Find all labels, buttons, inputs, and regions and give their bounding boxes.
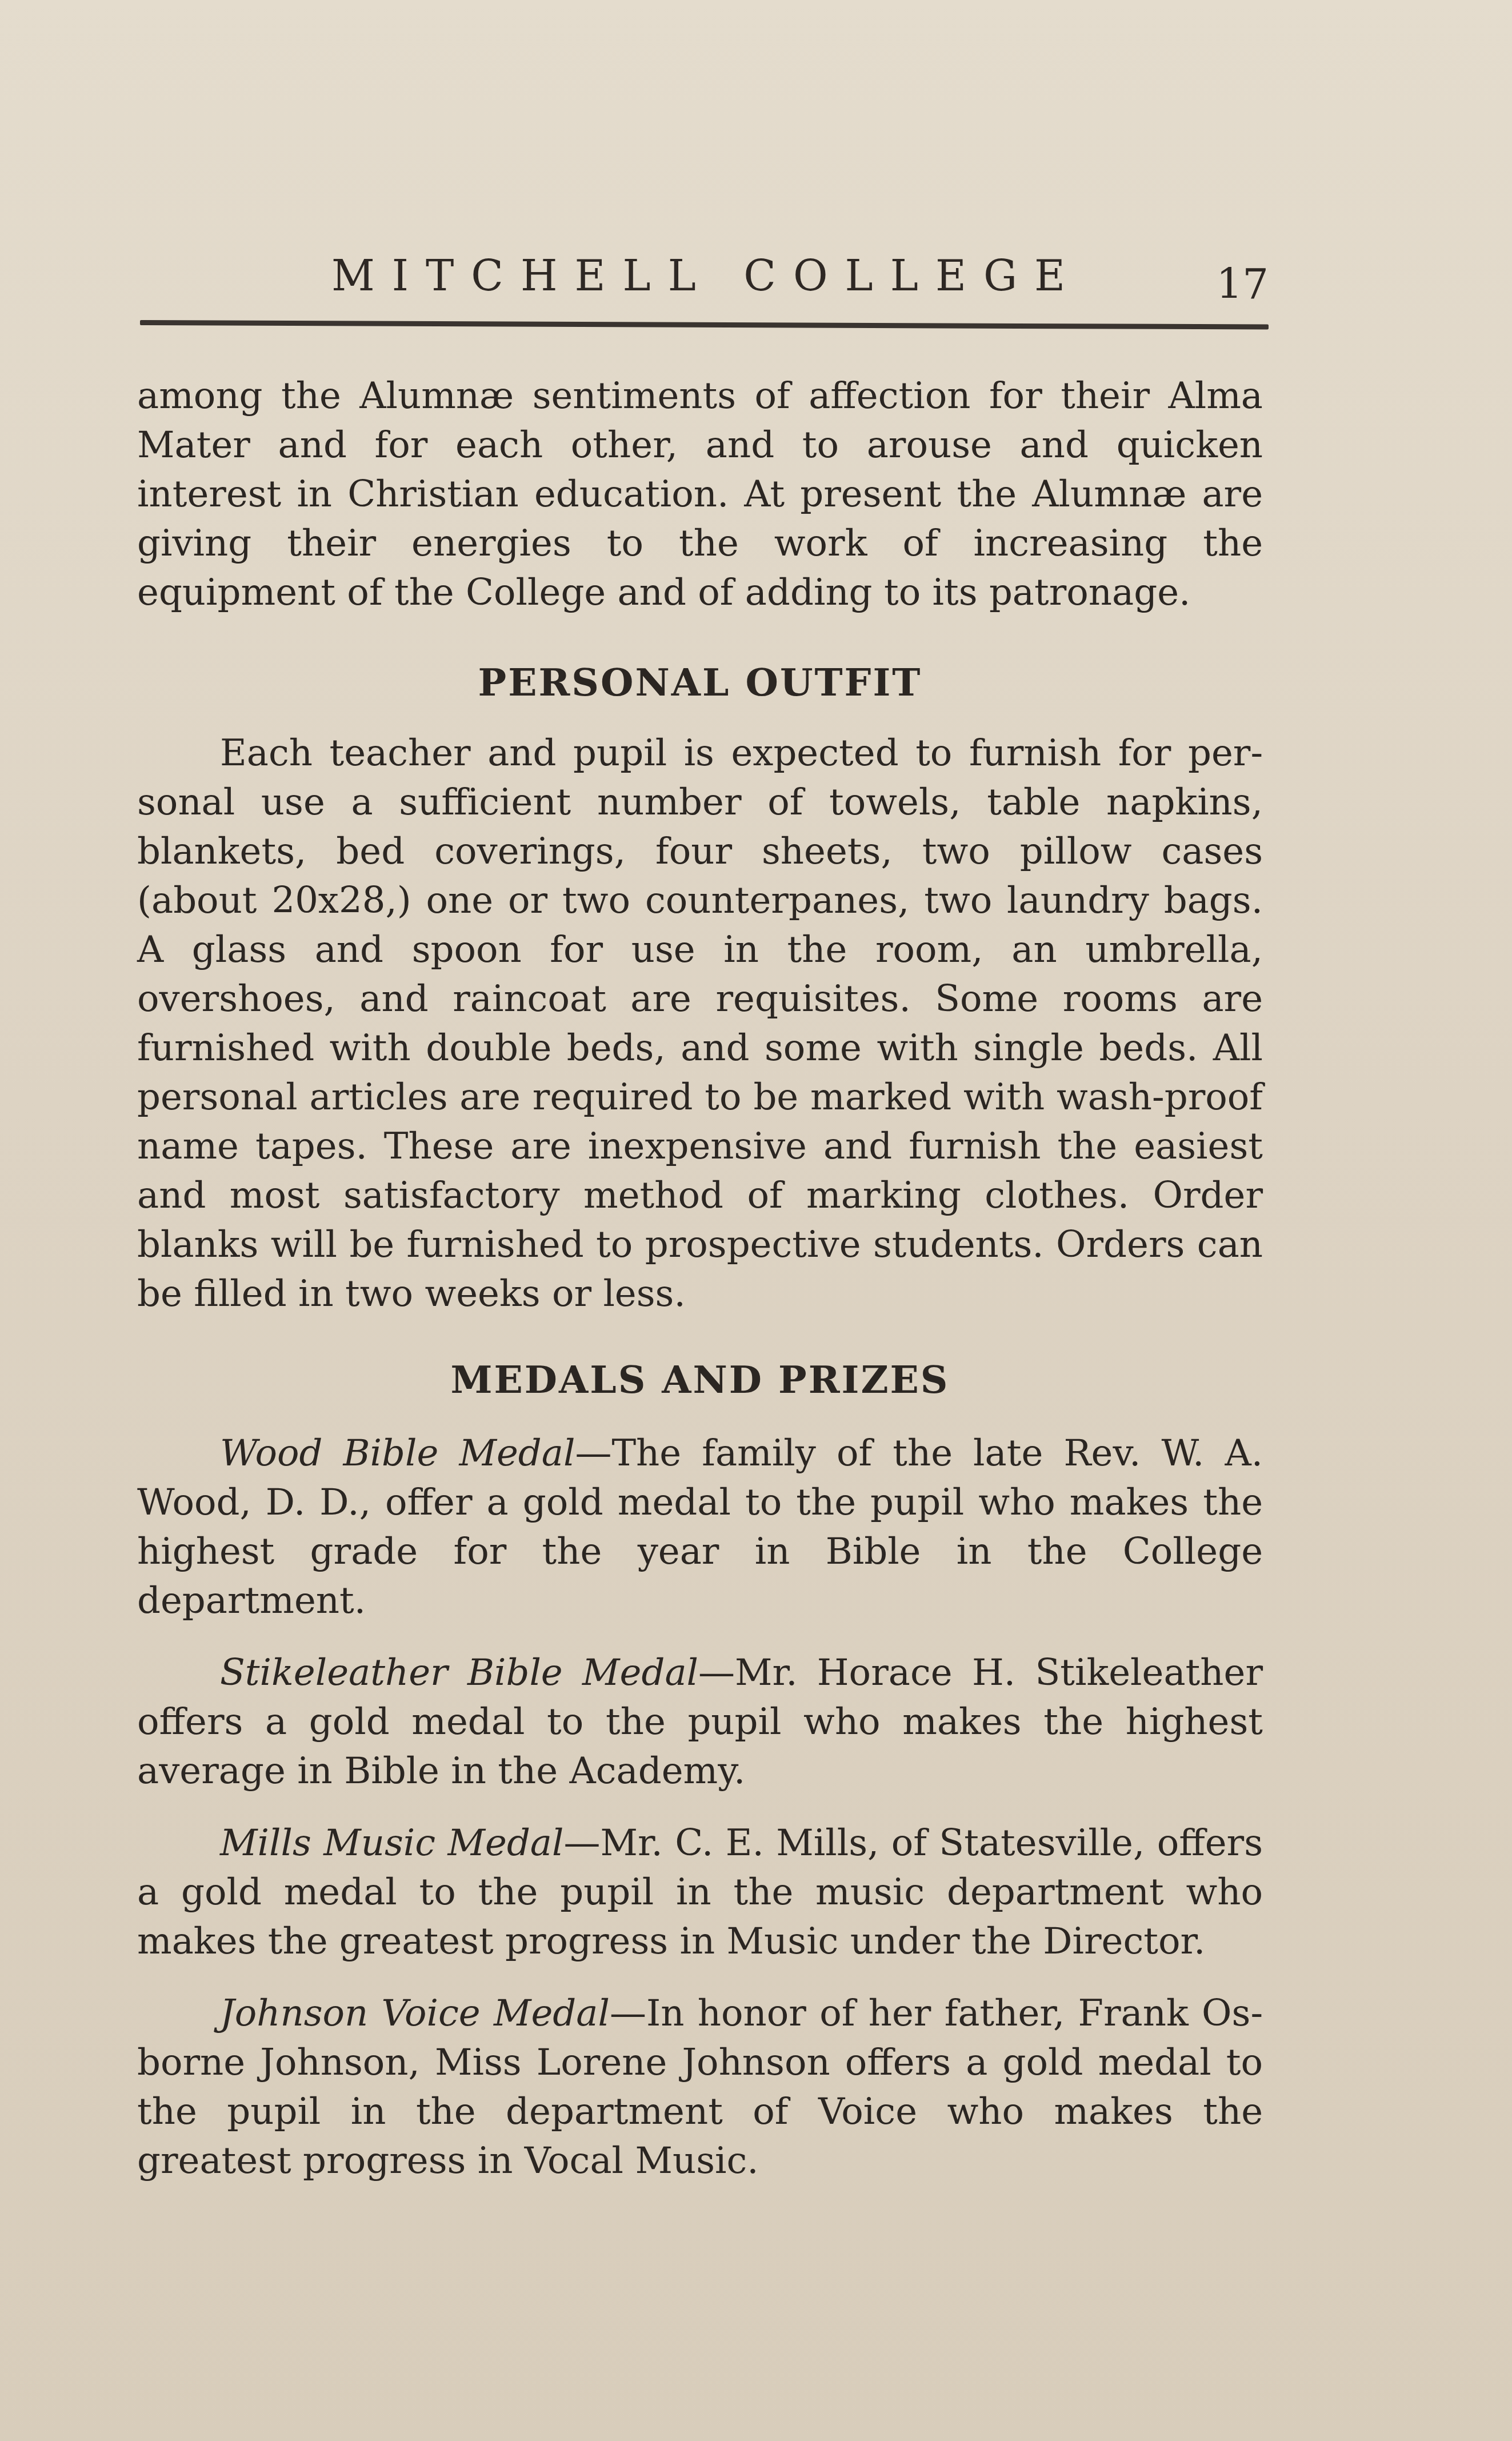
prize-entry-johnson: Johnson Voice Medal—In honor of her fath… <box>137 1989 1263 2186</box>
header-rule <box>140 320 1269 330</box>
personal-outfit-section: Each teacher and pupil is expected to fu… <box>137 729 1263 1319</box>
medals-list: Wood Bible Medal—The family of the late … <box>137 1429 1263 2208</box>
alumnae-continuation-section: among the Alumnæ sentiments of affection… <box>137 371 1263 617</box>
running-title: MITCHELL COLLEGE <box>331 251 1082 301</box>
prize-entry-mills: Mills Music Medal—Mr. C. E. Mills, of St… <box>137 1819 1263 1966</box>
medal-name: Stikeleather Bible Medal <box>220 1652 698 1694</box>
medal-name: Johnson Voice Medal <box>220 1992 610 2035</box>
medal-name: Mills Music Medal <box>220 1822 563 1864</box>
medal-name: Wood Bible Medal <box>220 1432 575 1475</box>
page-number: 17 <box>1216 260 1269 308</box>
prize-entry-wood: Wood Bible Medal—The family of the late … <box>137 1429 1263 1625</box>
personal-outfit-heading: PERSONAL OUTFIT <box>137 660 1263 705</box>
prize-entry-stikeleather: Stikeleather Bible Medal—Mr. Horace H. S… <box>137 1648 1263 1796</box>
personal-outfit-paragraph: Each teacher and pupil is expected to fu… <box>137 729 1263 1319</box>
book-page: MITCHELL COLLEGE 17 among the Alumnæ sen… <box>0 0 1512 2441</box>
medals-and-prizes-heading: MEDALS AND PRIZES <box>137 1357 1263 1402</box>
alumnae-paragraph: among the Alumnæ sentiments of affection… <box>137 371 1263 617</box>
running-head: MITCHELL COLLEGE 17 <box>137 246 1269 309</box>
